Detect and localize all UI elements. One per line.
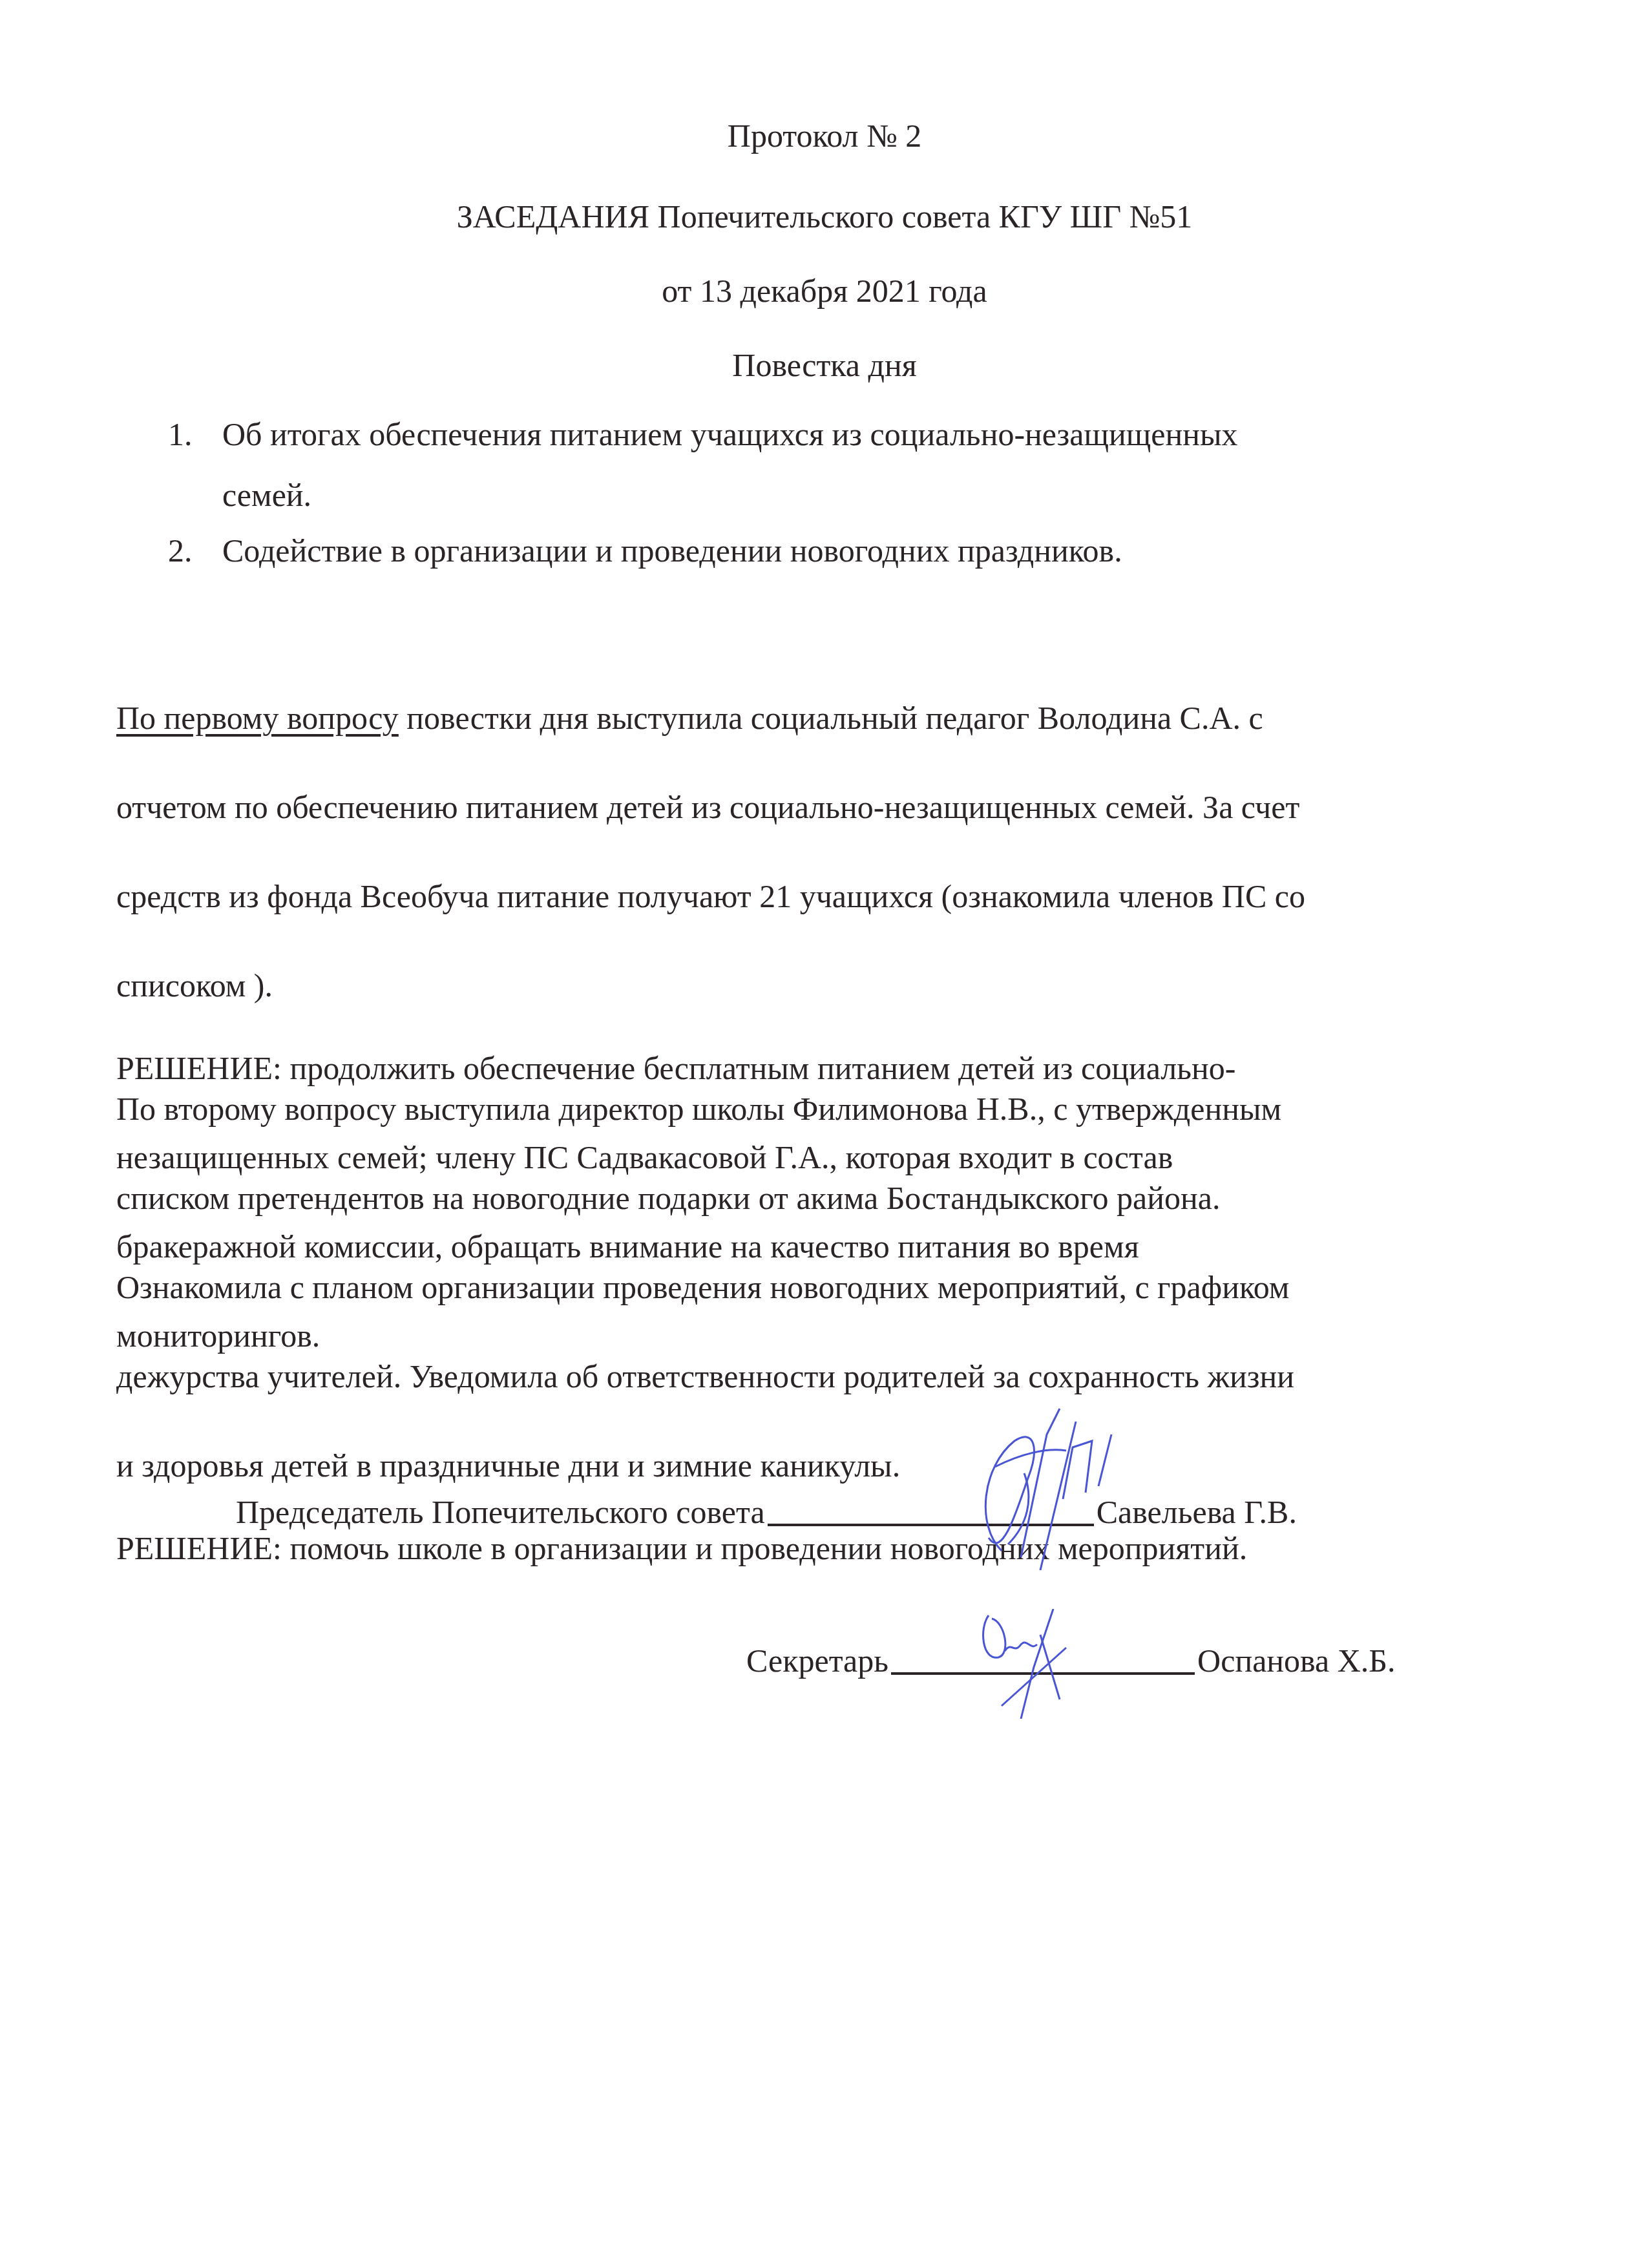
secretary-signature-line bbox=[891, 1672, 1195, 1675]
secretary-role: Секретарь bbox=[746, 1641, 888, 1680]
paragraph-line: Ознакомила с планом организации проведен… bbox=[116, 1266, 1538, 1308]
chair-signature-line bbox=[768, 1523, 1094, 1526]
agenda-heading: Повестка дня bbox=[0, 346, 1649, 384]
meeting-date: от 13 декабря 2021 года bbox=[0, 271, 1649, 310]
first-question-line: повестки дня выступила социальный педаго… bbox=[399, 700, 1263, 736]
secretary-name: Оспанова Х.Б. bbox=[1197, 1641, 1395, 1680]
agenda-item-text: Содействие в организации и проведении но… bbox=[222, 530, 1460, 571]
paragraph-line: и здоровья детей в праздничные дни и зим… bbox=[116, 1445, 1538, 1486]
agenda-item-number: 2. bbox=[168, 530, 222, 571]
meeting-title: ЗАСЕДАНИЯ Попечительского совета КГУ ШГ … bbox=[0, 197, 1649, 236]
paragraph-line: дежурства учителей. Уведомила об ответст… bbox=[116, 1356, 1538, 1397]
agenda-list: 1. Об итогах обеспечения питанием учащих… bbox=[168, 414, 1460, 571]
agenda-item: 2. Содействие в организации и проведении… bbox=[168, 530, 1460, 571]
chair-role: Председатель Попечительского совета bbox=[236, 1493, 765, 1531]
agenda-item-text-cont: семей. bbox=[222, 474, 1460, 516]
document-page: Протокол № 2 ЗАСЕДАНИЯ Попечительского с… bbox=[0, 0, 1649, 2268]
paragraph-line: списоком ). bbox=[116, 965, 1538, 1006]
paragraph-line: средств из фонда Всеобуча питание получа… bbox=[116, 876, 1538, 917]
chair-name: Савельева Г.В. bbox=[1097, 1493, 1297, 1531]
agenda-item: 1. Об итогах обеспечения питанием учащих… bbox=[168, 414, 1460, 516]
paragraph-line: списком претендентов на новогодние подар… bbox=[116, 1177, 1538, 1219]
paragraph-line: По второму вопросу выступила директор шк… bbox=[116, 1088, 1538, 1129]
decision-line: РЕШЕНИЕ: помочь школе в организации и пр… bbox=[116, 1528, 1538, 1569]
first-question-lead: По первому вопросу bbox=[116, 700, 399, 736]
paragraph-line: отчетом по обеспечению питанием детей из… bbox=[116, 786, 1538, 828]
agenda-item-number: 1. bbox=[168, 414, 222, 516]
agenda-item-text: Об итогах обеспечения питанием учащихся … bbox=[222, 414, 1460, 455]
secretary-signature-row: Секретарь Оспанова Х.Б. bbox=[746, 1641, 1396, 1680]
protocol-title: Протокол № 2 bbox=[0, 116, 1649, 155]
chair-signature-row: Председатель Попечительского совета Саве… bbox=[236, 1493, 1297, 1531]
